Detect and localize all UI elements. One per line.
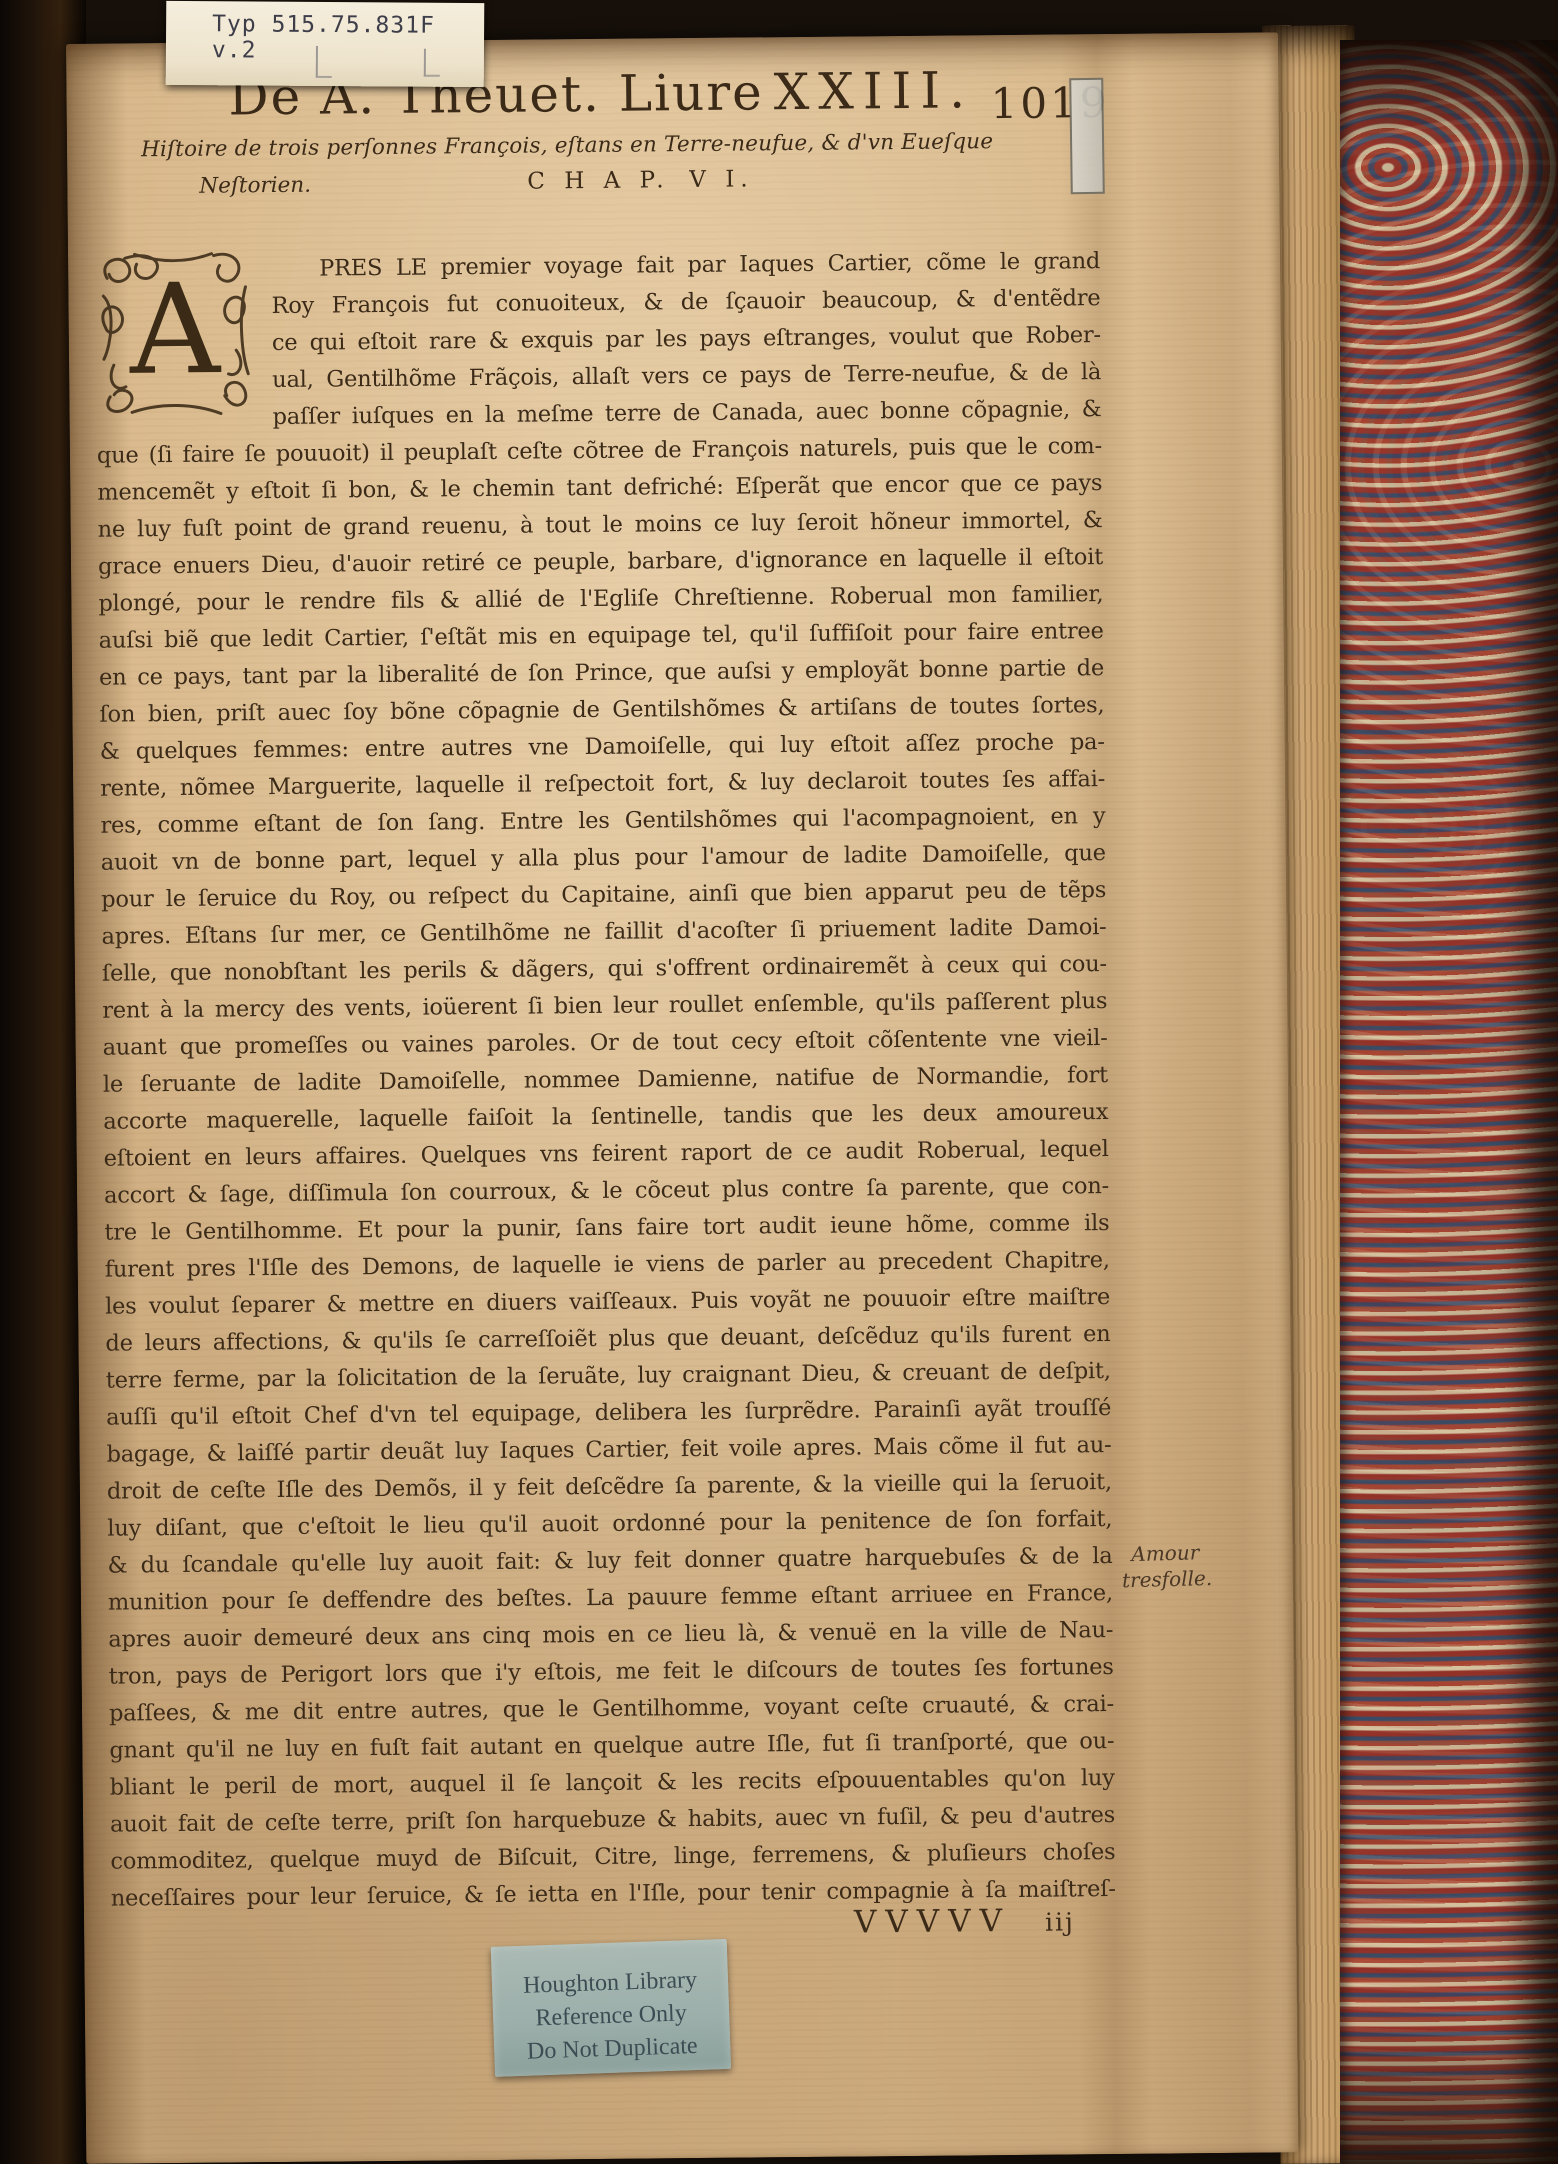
call-number-slip: Typ 515.75.831F v.2 <box>166 1 485 87</box>
call-number-text: Typ 515.75.831F v.2 <box>212 11 484 65</box>
drop-cap-woodcut-A: A <box>95 247 255 419</box>
margin-note-line2: tresfolle. <box>1122 1563 1289 1593</box>
margin-note: Amour tresfolle. <box>1117 1537 1288 1594</box>
pencil-mark <box>316 46 332 78</box>
marbled-board-edge <box>1340 40 1558 2164</box>
svg-text:A: A <box>128 258 222 403</box>
chapter-number: V I. <box>689 166 754 193</box>
body-text: A PRES LE premier voyage fait par Iaques… <box>95 243 1116 1918</box>
signature-letters: VVVVV <box>854 1903 1011 1941</box>
chapter-heading-line1: Hiſtoire de trois perſonnes François, eſ… <box>141 129 1001 162</box>
signature-mark: VVVVV iij <box>854 1902 1114 1940</box>
signature-suffix: iij <box>1045 1907 1075 1936</box>
book-scan: De A. Theuet. LiureXXIII. 1019 Hiſtoire … <box>0 0 1558 2164</box>
chapter-label: C H A P. <box>527 167 670 194</box>
book-page: De A. Theuet. LiureXXIII. 1019 Hiſtoire … <box>66 32 1298 2164</box>
running-title-numerals: XXIII. <box>773 61 974 121</box>
page-marker-tab <box>1069 78 1105 194</box>
pencil-mark <box>424 49 440 77</box>
library-label: Houghton Library Reference Only Do Not D… <box>491 1939 731 2077</box>
library-label-line3: Do Not Duplicate <box>494 2029 731 2070</box>
chapter-heading-line2: Neſtorien. <box>199 173 311 199</box>
